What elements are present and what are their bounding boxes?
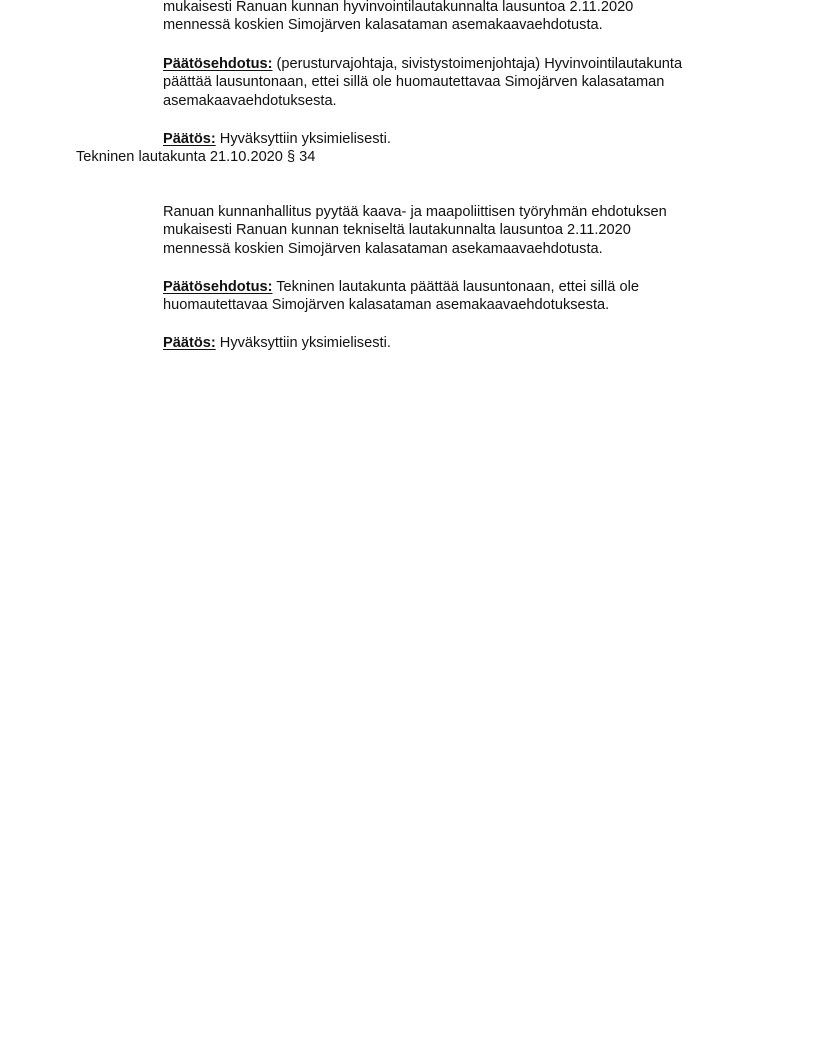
section2-intro-line: Ranuan kunnanhallitus pyytää kaava- ja m…	[163, 203, 753, 221]
section1-proposal-label: Päätösehdotus:	[163, 56, 272, 72]
section1-decision-label: Päätös:	[163, 131, 216, 147]
section1-intro-paragraph: mukaisesti Ranuan kunnan hyvinvointilaut…	[163, 0, 753, 35]
section1-proposal-line: päättää lausuntonaan, ettei sillä ole hu…	[163, 73, 753, 91]
section2-proposal-text: Tekninen lautakunta päättää lausuntonaan…	[272, 279, 638, 295]
section1-intro-line: mukaisesti Ranuan kunnan hyvinvointilaut…	[163, 0, 753, 16]
section2-decision-text: Hyväksyttiin yksimielisesti.	[216, 335, 391, 351]
section2-intro-line: mukaisesti Ranuan kunnan tekniseltä laut…	[163, 221, 753, 239]
section2-proposal-paragraph: Päätösehdotus: Tekninen lautakunta päätt…	[163, 278, 753, 315]
section1-decision-paragraph: Päätös: Hyväksyttiin yksimielisesti.	[163, 130, 753, 148]
section1-proposal-text: (perusturvajohtaja, sivistystoimenjohtaj…	[272, 56, 682, 72]
section1-decision-text: Hyväksyttiin yksimielisesti.	[216, 131, 391, 147]
section1-intro-line: mennessä koskien Simojärven kalasataman …	[163, 16, 753, 34]
section2-heading: Tekninen lautakunta 21.10.2020 § 34	[76, 148, 315, 166]
section2-decision-paragraph: Päätös: Hyväksyttiin yksimielisesti.	[163, 334, 753, 352]
section2-intro-line: mennessä koskien Simojärven kalasataman …	[163, 240, 753, 258]
section2-intro-paragraph: Ranuan kunnanhallitus pyytää kaava- ja m…	[163, 203, 753, 258]
section2-decision-label: Päätös:	[163, 335, 216, 351]
section2-proposal-label: Päätösehdotus:	[163, 279, 272, 295]
section1-proposal-line: asemakaavaehdotuksesta.	[163, 92, 753, 110]
section2-proposal-line: huomautettavaa Simojärven kalasataman as…	[163, 296, 753, 314]
section1-proposal-paragraph: Päätösehdotus: (perusturvajohtaja, sivis…	[163, 55, 753, 110]
